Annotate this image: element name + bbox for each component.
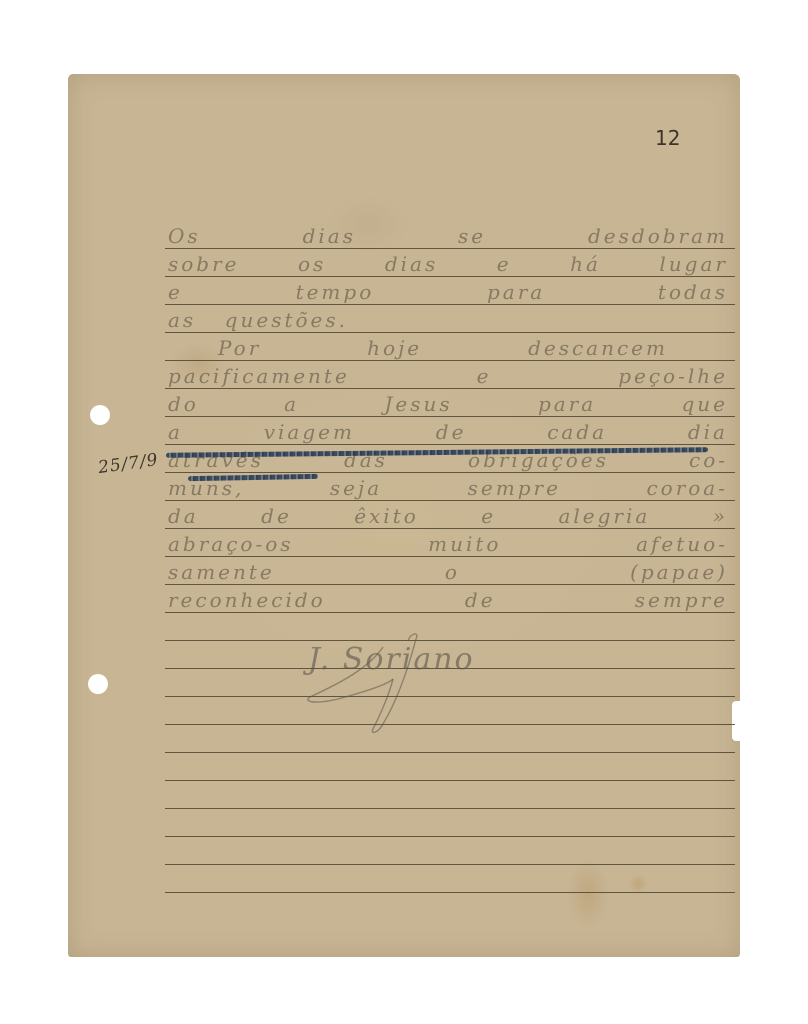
handwritten-word: descancem <box>528 336 668 360</box>
letter-page: 12 25/7/9 Osdiassedesdobramsobreosdiaseh… <box>68 74 740 957</box>
ruled-line <box>165 584 735 585</box>
handwritten-word: alegria <box>558 504 650 528</box>
handwritten-word: desdobram <box>588 224 728 248</box>
handwritten-word: se <box>458 224 486 248</box>
punch-hole <box>88 674 108 694</box>
handwritten-line: etempoparatodas <box>168 280 728 304</box>
handwritten-word: reconhecido <box>168 588 326 612</box>
punch-hole <box>90 405 110 425</box>
handwritten-word: e <box>497 252 512 276</box>
handwritten-word: lugar <box>659 252 728 276</box>
handwritten-word: afetuo- <box>636 532 728 556</box>
ruled-line <box>165 556 735 557</box>
handwritten-line: samenteo(papae) <box>168 560 728 584</box>
handwritten-word: cada <box>547 420 607 444</box>
handwritten-word: pacificamente <box>168 364 350 388</box>
ruled-line <box>165 500 735 501</box>
ruled-line <box>165 276 735 277</box>
handwritten-line: doaJesusparaque <box>168 392 728 416</box>
handwritten-word: dias <box>385 252 438 276</box>
handwritten-word: as <box>168 308 196 332</box>
ruled-line <box>165 472 735 473</box>
handwritten-line: Porhojedescancem <box>218 336 668 360</box>
handwritten-line: pacificamenteepeço-lhe <box>168 364 728 388</box>
page-number: 12 <box>655 126 680 150</box>
ruled-line <box>165 892 735 893</box>
handwritten-line: abraço-osmuitoafetuo- <box>168 532 728 556</box>
ruled-line <box>165 752 735 753</box>
handwritten-word: e <box>168 280 183 304</box>
ruled-line <box>165 836 735 837</box>
handwritten-word: Por <box>218 336 261 360</box>
handwritten-line: Osdiassedesdobram <box>168 224 728 248</box>
handwritten-word: abraço-os <box>168 532 294 556</box>
torn-edge-notch <box>732 701 742 741</box>
handwritten-word: para <box>538 392 596 416</box>
handwritten-word: Os <box>168 224 201 248</box>
handwritten-word: dia <box>688 420 728 444</box>
ruled-line <box>165 780 735 781</box>
handwritten-line: sobreosdiasehálugar <box>168 252 728 276</box>
handwritten-word: viagem <box>264 420 355 444</box>
handwritten-word: de <box>465 588 496 612</box>
signature: J. Soriano <box>308 642 475 677</box>
handwritten-line: asquestões. <box>168 308 348 332</box>
handwritten-word: todas <box>658 280 728 304</box>
ruled-line <box>165 808 735 809</box>
handwritten-word: de <box>261 504 292 528</box>
handwritten-word: hoje <box>367 336 422 360</box>
ruled-line <box>165 416 735 417</box>
handwritten-word: sempre <box>468 476 561 500</box>
handwritten-word: seja <box>330 476 382 500</box>
handwritten-word: e <box>477 364 492 388</box>
ruled-line <box>165 444 735 445</box>
handwritten-word: que <box>681 392 728 416</box>
handwritten-word: de <box>436 420 467 444</box>
handwritten-word: samente <box>168 560 275 584</box>
ruled-line <box>165 528 735 529</box>
handwritten-word: » <box>713 504 728 528</box>
handwritten-word: tempo <box>296 280 375 304</box>
margin-date: 25/7/9 <box>97 450 160 478</box>
handwritten-word: coroa- <box>646 476 728 500</box>
handwritten-word: o <box>445 560 460 584</box>
ruled-line <box>165 360 735 361</box>
handwritten-word: a <box>284 392 299 416</box>
ruled-line <box>165 304 735 305</box>
handwritten-word: para <box>487 280 545 304</box>
handwritten-word: muito <box>428 532 501 556</box>
ruled-line <box>165 248 735 249</box>
handwritten-word: (papae) <box>630 560 728 584</box>
handwritten-line: reconhecidodesempre <box>168 588 728 612</box>
handwritten-line: aviagemdecadadia <box>168 420 728 444</box>
ruled-line <box>165 388 735 389</box>
ruled-line <box>165 864 735 865</box>
ruled-line <box>165 612 735 613</box>
handwritten-word: há <box>570 252 601 276</box>
ruled-line <box>165 332 735 333</box>
handwritten-word: sempre <box>635 588 728 612</box>
handwritten-word: e <box>481 504 496 528</box>
handwritten-word: dias <box>303 224 356 248</box>
handwritten-word: peço-lhe <box>618 364 728 388</box>
handwritten-word: os <box>298 252 326 276</box>
handwritten-line: dadeêxitoealegria» <box>168 504 728 528</box>
handwritten-word: da <box>168 504 199 528</box>
handwritten-word: questões. <box>225 308 348 332</box>
handwritten-word: do <box>168 392 199 416</box>
handwritten-word: Jesus <box>384 392 452 416</box>
handwritten-word: êxito <box>354 504 419 528</box>
handwritten-word: sobre <box>168 252 240 276</box>
handwritten-word: a <box>168 420 183 444</box>
